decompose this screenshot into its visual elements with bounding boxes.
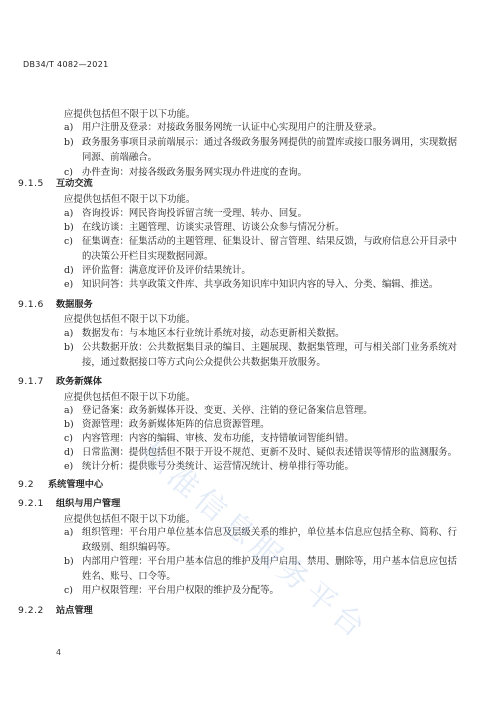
- page-number: 4: [56, 648, 61, 657]
- item-text: 公共数据开放：公共数据集目录的编目、主题展现、数据集管理，可与相关部门业务系统对…: [82, 341, 464, 370]
- item-text: 政务服务事项目录前端展示：通过各级政务服务网提供的前置库或接口服务调用，实现数据…: [82, 136, 464, 165]
- section-number: 9.2: [18, 479, 48, 490]
- item-text: 内容管理：内容的编辑、审核、发布功能，支持错敏词智能纠错。: [82, 432, 464, 447]
- section-lead: 应提供包括但不限于以下功能。: [64, 391, 195, 404]
- item-text: 知识问答：共享政策文件库、共享政务知识库中知识内容的导入、分类、编辑、推送。: [82, 278, 464, 293]
- item-label: b): [64, 136, 74, 151]
- section-title: 站点管理: [56, 605, 93, 616]
- item-text: 办件查询：对接各级政务服务网实现办件进度的查询。: [82, 166, 464, 181]
- list-item: c) 内容管理：内容的编辑、审核、发布功能，支持错敏词智能纠错。: [64, 432, 464, 447]
- list-item: a) 咨询投诉：网民咨询投诉留言统一受理、转办、回复。: [64, 207, 464, 222]
- section-title: 组织与用户管理: [56, 498, 120, 509]
- list-item: b) 资源管理：政务新媒体矩阵的信息资源管理。: [64, 418, 464, 433]
- item-label: a): [64, 207, 73, 222]
- item-label: b): [64, 555, 74, 570]
- item-text: 组织管理：平台用户单位基本信息及层级关系的维护，单位基本信息应包括全称、简称、行…: [82, 526, 464, 555]
- item-label: e): [64, 278, 73, 293]
- list-item: a) 组织管理：平台用户单位基本信息及层级关系的维护，单位基本信息应包括全称、简…: [64, 526, 464, 555]
- item-label: b): [64, 341, 74, 356]
- item-label: d): [64, 264, 74, 279]
- section-number: 9.1.7: [18, 376, 56, 387]
- item-text: 评价监督：满意度评价及评价结果统计。: [82, 264, 464, 279]
- item-label: a): [64, 526, 73, 541]
- section-number: 9.1.5: [18, 178, 56, 189]
- section-lead: 应提供包括但不限于以下功能。: [64, 513, 195, 526]
- section-number: 9.2.1: [18, 498, 56, 509]
- item-text: 征集调查：征集活动的主题管理、征集设计、留言管理、结果反馈，与政府信息公开目录中…: [82, 235, 464, 264]
- item-text: 登记备案：政务新媒体开设、变更、关停、注销的登记备案信息管理。: [82, 404, 464, 419]
- item-label: a): [64, 404, 73, 419]
- item-text: 资源管理：政务新媒体矩阵的信息资源管理。: [82, 418, 464, 433]
- section-heading-9-2-2: 9.2.2站点管理: [18, 602, 93, 616]
- item-label: d): [64, 446, 74, 461]
- list-item: c) 征集调查：征集活动的主题管理、征集设计、留言管理、结果反馈，与政府信息公开…: [64, 235, 464, 264]
- item-text: 内部用户管理：平台用户基本信息的维护及用户启用、禁用、删除等，用户基本信息应包括…: [82, 555, 464, 584]
- section-heading-9-2-1: 9.2.1组织与用户管理: [18, 495, 120, 509]
- item-text: 用户权限管理：平台用户权限的维护及分配等。: [82, 584, 464, 599]
- item-text: 咨询投诉：网民咨询投诉留言统一受理、转办、回复。: [82, 207, 464, 222]
- item-label: c): [64, 584, 73, 599]
- section-lead: 应提供包括但不限于以下功能。: [64, 313, 195, 326]
- list-item: a) 登记备案：政务新媒体开设、变更、关停、注销的登记备案信息管理。: [64, 404, 464, 419]
- item-label: e): [64, 460, 73, 475]
- item-text: 用户注册及登录：对接政务服务网统一认证中心实现用户的注册及登录。: [82, 121, 464, 136]
- list-item: b) 内部用户管理：平台用户基本信息的维护及用户启用、禁用、删除等，用户基本信息…: [64, 555, 464, 584]
- list-item: c) 办件查询：对接各级政务服务网实现办件进度的查询。: [64, 166, 464, 181]
- list-item: d) 日常监测：提供包括但不限于开设不规范、更新不及时、疑似表述错误等情形的监测…: [64, 446, 464, 461]
- section-number: 9.1.6: [18, 299, 56, 310]
- section-number: 9.2.2: [18, 605, 56, 616]
- list-item: e) 知识问答：共享政策文件库、共享政务知识库中知识内容的导入、分类、编辑、推送…: [64, 278, 464, 293]
- list-item: c) 用户权限管理：平台用户权限的维护及分配等。: [64, 584, 464, 599]
- item-text: 数据发布：与本地区本行业统计系统对接，动态更新相关数据。: [82, 327, 464, 342]
- item-label: b): [64, 418, 74, 433]
- document-code: DB34/T 4082—2021: [23, 60, 108, 69]
- section-title: 数据服务: [56, 299, 93, 310]
- section-heading-9-1-7: 9.1.7政务新媒体: [18, 373, 102, 387]
- list-item: b) 政务服务事项目录前端展示：通过各级政务服务网提供的前置库或接口服务调用，实…: [64, 136, 464, 165]
- item-text: 日常监测：提供包括但不限于开设不规范、更新不及时、疑似表述错误等情形的监测服务。: [82, 446, 464, 461]
- section-lead: 应提供包括但不限于以下功能。: [64, 193, 195, 206]
- list-item: b) 在线访谈：主题管理、访谈实录管理、访谈公众参与情况分析。: [64, 221, 464, 236]
- item-label: c): [64, 432, 73, 447]
- section-heading-9-1-5: 9.1.5互动交流: [18, 175, 93, 189]
- list-item: b) 公共数据开放：公共数据集目录的编目、主题展现、数据集管理，可与相关部门业务…: [64, 341, 464, 370]
- item-text: 在线访谈：主题管理、访谈实录管理、访谈公众参与情况分析。: [82, 221, 464, 236]
- intro-lead: 应提供包括但不限于以下功能。: [64, 108, 195, 121]
- section-heading-9-1-6: 9.1.6数据服务: [18, 296, 93, 310]
- list-item: e) 统计分析：提供账号分类统计、运营情况统计、榜单排行等功能。: [64, 460, 464, 475]
- section-title: 系统管理中心: [48, 479, 103, 490]
- item-label: a): [64, 121, 73, 136]
- item-label: c): [64, 235, 73, 250]
- section-heading-9-2: 9.2系统管理中心: [18, 476, 103, 490]
- list-item: a) 用户注册及登录：对接政务服务网统一认证中心实现用户的注册及登录。: [64, 121, 464, 136]
- item-label: b): [64, 221, 74, 236]
- section-title: 政务新媒体: [56, 376, 102, 387]
- section-title: 互动交流: [56, 178, 93, 189]
- list-item: a) 数据发布：与本地区本行业统计系统对接，动态更新相关数据。: [64, 327, 464, 342]
- item-text: 统计分析：提供账号分类统计、运营情况统计、榜单排行等功能。: [82, 460, 464, 475]
- list-item: d) 评价监督：满意度评价及评价结果统计。: [64, 264, 464, 279]
- item-label: a): [64, 327, 73, 342]
